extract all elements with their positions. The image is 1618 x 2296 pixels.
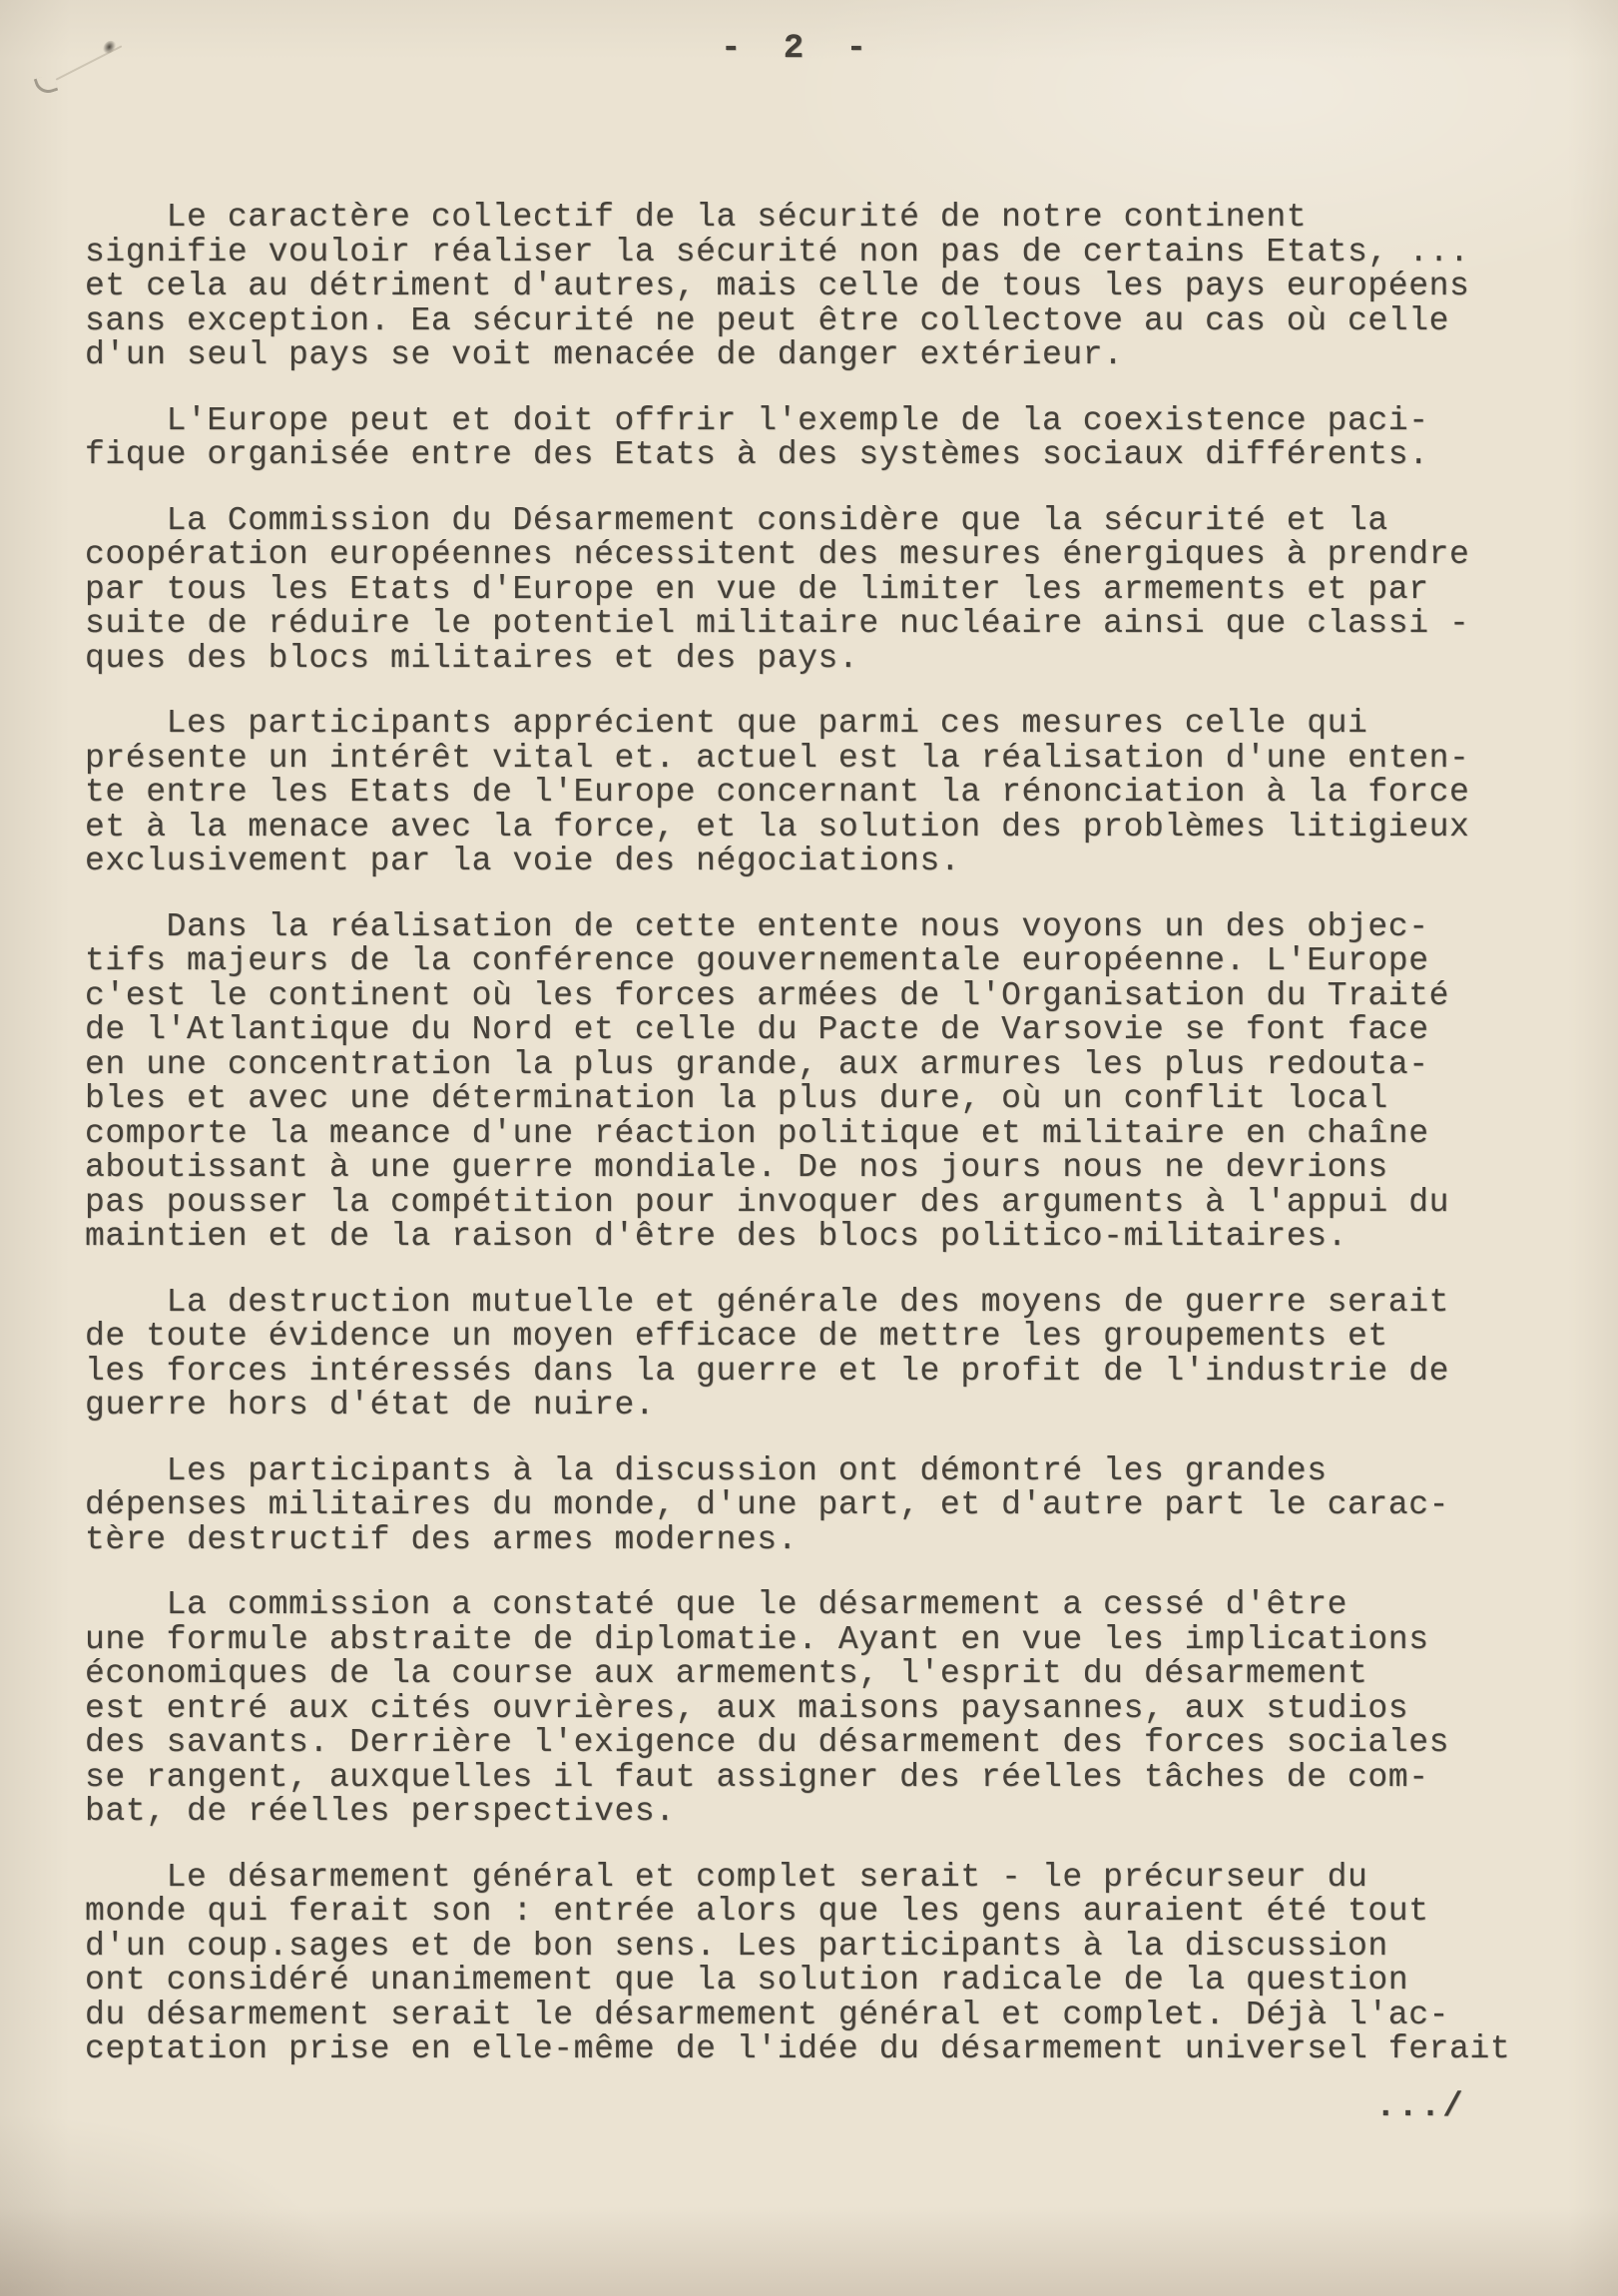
paragraph-9: Le désarmement général et complet serait… [85, 1861, 1572, 2067]
text-line: fique organisée entre des Etats à des sy… [85, 438, 1572, 473]
text-line: de toute évidence un moyen efficace de m… [85, 1320, 1572, 1355]
text-line: L'Europe peut et doit offrir l'exemple d… [85, 404, 1572, 439]
text-line: tifs majeurs de la conférence gouverneme… [85, 944, 1572, 979]
page-number: - 2 - [721, 30, 867, 68]
text-line: monde qui ferait son : entrée alors que … [85, 1895, 1572, 1930]
text-line: exclusivement par la voie des négociatio… [85, 845, 1572, 879]
paragraph-6: La destruction mutuelle et générale des … [85, 1286, 1572, 1424]
text-line: maintien et de la raison d'être des bloc… [85, 1220, 1572, 1255]
text-line: ques des blocs militaires et des pays. [85, 642, 1572, 677]
text-line: est entré aux cités ouvrières, aux maiso… [85, 1692, 1572, 1727]
paragraph-5: Dans la réalisation de cette entente nou… [85, 910, 1572, 1255]
pen-mark-artifact [34, 73, 59, 96]
smudge-artifact [56, 45, 123, 80]
paragraph-2: L'Europe peut et doit offrir l'exemple d… [85, 404, 1572, 473]
text-line: aboutissant à une guerre mondiale. De no… [85, 1151, 1572, 1186]
text-line: Les participants apprécient que parmi ce… [85, 707, 1572, 742]
text-line: du désarmement serait le désarmement gén… [85, 1999, 1572, 2033]
text-line: en une concentration la plus grande, aux… [85, 1048, 1572, 1083]
text-line: c'est le continent où les forces armées … [85, 979, 1572, 1014]
text-line: guerre hors d'état de nuire. [85, 1389, 1572, 1424]
text-line: d'un coup.sages et de bon sens. Les part… [85, 1930, 1572, 1965]
text-line: des savants. Derrière l'exigence du désa… [85, 1726, 1572, 1761]
text-line: présente un intérêt vital et. actuel est… [85, 742, 1572, 777]
text-line: dépenses militaires du monde, d'une part… [85, 1488, 1572, 1523]
text-line: Dans la réalisation de cette entente nou… [85, 910, 1572, 945]
text-line: comporte la meance d'une réaction politi… [85, 1117, 1572, 1152]
text-line: une formule abstraite de diplomatie. Aya… [85, 1623, 1572, 1658]
text-line: La Commission du Désarmement considère q… [85, 504, 1572, 539]
text-line: Le caractère collectif de la sécurité de… [85, 201, 1572, 236]
paragraph-1: Le caractère collectif de la sécurité de… [85, 201, 1572, 373]
paragraph-8: La commission a constaté que le désarmem… [85, 1588, 1572, 1830]
text-line: signifie vouloir réaliser la sécurité no… [85, 236, 1572, 271]
text-line: coopération européennes nécessitent des … [85, 538, 1572, 573]
text-line: pas pousser la compétition pour invoquer… [85, 1186, 1572, 1221]
text-line: d'un seul pays se voit menacée de danger… [85, 338, 1572, 373]
text-line: et cela au détriment d'autres, mais cell… [85, 270, 1572, 304]
text-line: Le désarmement général et complet serait… [85, 1861, 1572, 1896]
text-line: tère destructif des armes modernes. [85, 1523, 1572, 1558]
paragraph-4: Les participants apprécient que parmi ce… [85, 707, 1572, 879]
text-line: suite de réduire le potentiel militaire … [85, 607, 1572, 642]
text-line: bat, de réelles perspectives. [85, 1795, 1572, 1830]
text-line: te entre les Etats de l'Europe concernan… [85, 776, 1572, 811]
continuation-mark: .../ [1375, 2088, 1465, 2126]
text-line: par tous les Etats d'Europe en vue de li… [85, 573, 1572, 608]
text-line: sans exception. Ea sécurité ne peut être… [85, 304, 1572, 339]
text-line: de l'Atlantique du Nord et celle du Pact… [85, 1013, 1572, 1048]
document-body: Le caractère collectif de la sécurité de… [85, 201, 1572, 2098]
text-line: La destruction mutuelle et générale des … [85, 1286, 1572, 1321]
text-line: économiques de la course aux armements, … [85, 1657, 1572, 1692]
text-line: se rangent, auxquelles il faut assigner … [85, 1761, 1572, 1796]
text-line: ceptation prise en elle-même de l'idée d… [85, 2032, 1572, 2067]
text-line: les forces intéressés dans la guerre et … [85, 1355, 1572, 1390]
text-line: La commission a constaté que le désarmem… [85, 1588, 1572, 1623]
text-line: et à la menace avec la force, et la solu… [85, 811, 1572, 846]
scanned-typewritten-page: { "page": { "number_label": "- 2 -", "co… [0, 0, 1618, 2296]
text-line: bles et avec une détermination la plus d… [85, 1082, 1572, 1117]
text-line: ont considéré unanimement que la solutio… [85, 1964, 1572, 1999]
paragraph-3: La Commission du Désarmement considère q… [85, 504, 1572, 677]
text-line: Les participants à la discussion ont dém… [85, 1454, 1572, 1489]
paragraph-7: Les participants à la discussion ont dém… [85, 1454, 1572, 1558]
